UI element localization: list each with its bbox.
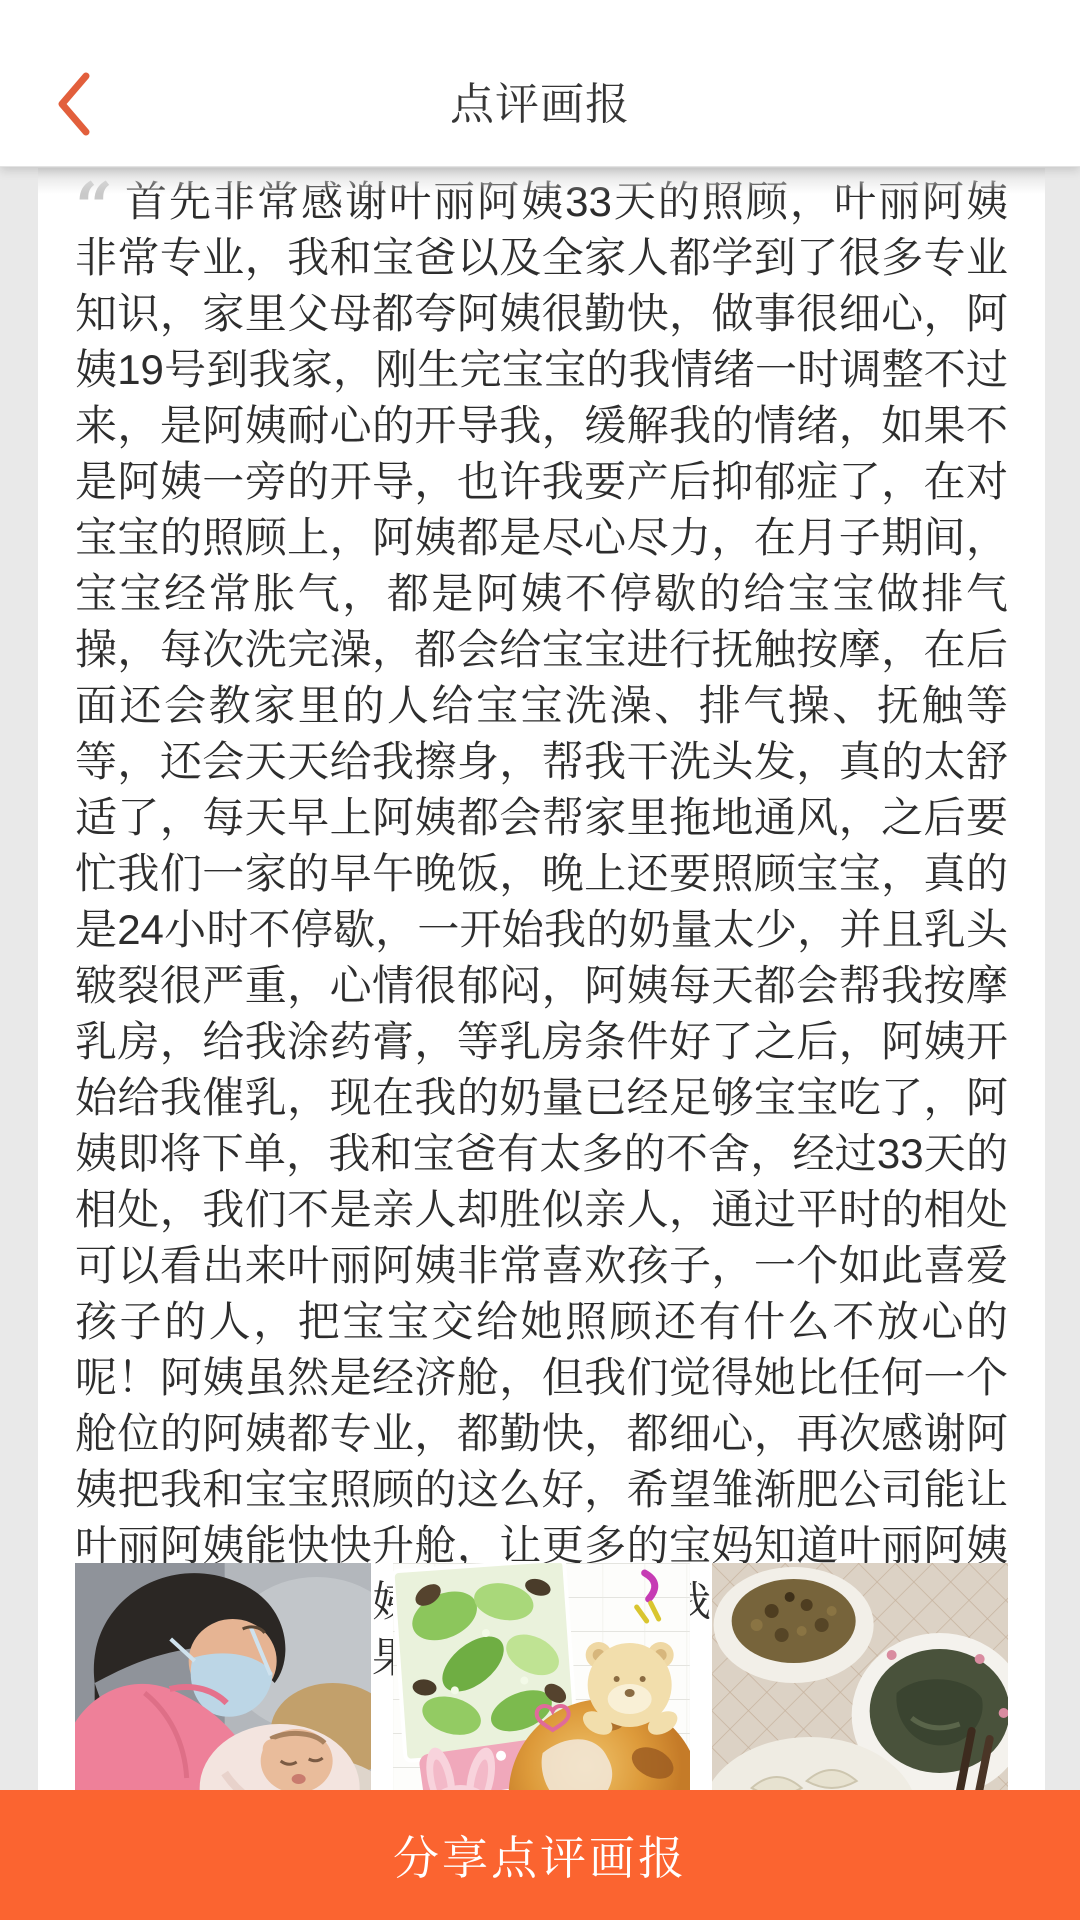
share-button-label: 分享点评画报	[393, 1832, 687, 1884]
caregiver-baby-photo[interactable]	[75, 1563, 371, 1790]
food-collage-photo[interactable]	[393, 1563, 689, 1790]
caregiver-baby-illustration	[75, 1563, 371, 1790]
header: 点评画报	[0, 0, 1080, 167]
review-pictorial-page: { "header": { "title": "点评画报", "back_ico…	[0, 0, 1080, 1920]
review-paragraph: “首先非常感谢叶丽阿姨33天的照顾，叶丽阿姨非常专业，我和宝爸以及全家人都学到了…	[38, 168, 1045, 1742]
home-meal-illustration	[712, 1563, 1008, 1790]
home-meal-photo[interactable]	[712, 1563, 1008, 1790]
page-title: 点评画报	[0, 80, 1080, 130]
share-button[interactable]: 分享点评画报	[0, 1790, 1080, 1920]
photo-grid	[75, 1563, 1008, 1790]
food-collage-illustration	[393, 1563, 689, 1790]
review-text: 首先非常感谢叶丽阿姨33天的照顾，叶丽阿姨非常专业，我和宝爸以及全家人都学到了很…	[75, 178, 1008, 1737]
review-card: “首先非常感谢叶丽阿姨33天的照顾，叶丽阿姨非常专业，我和宝爸以及全家人都学到了…	[38, 168, 1045, 1790]
